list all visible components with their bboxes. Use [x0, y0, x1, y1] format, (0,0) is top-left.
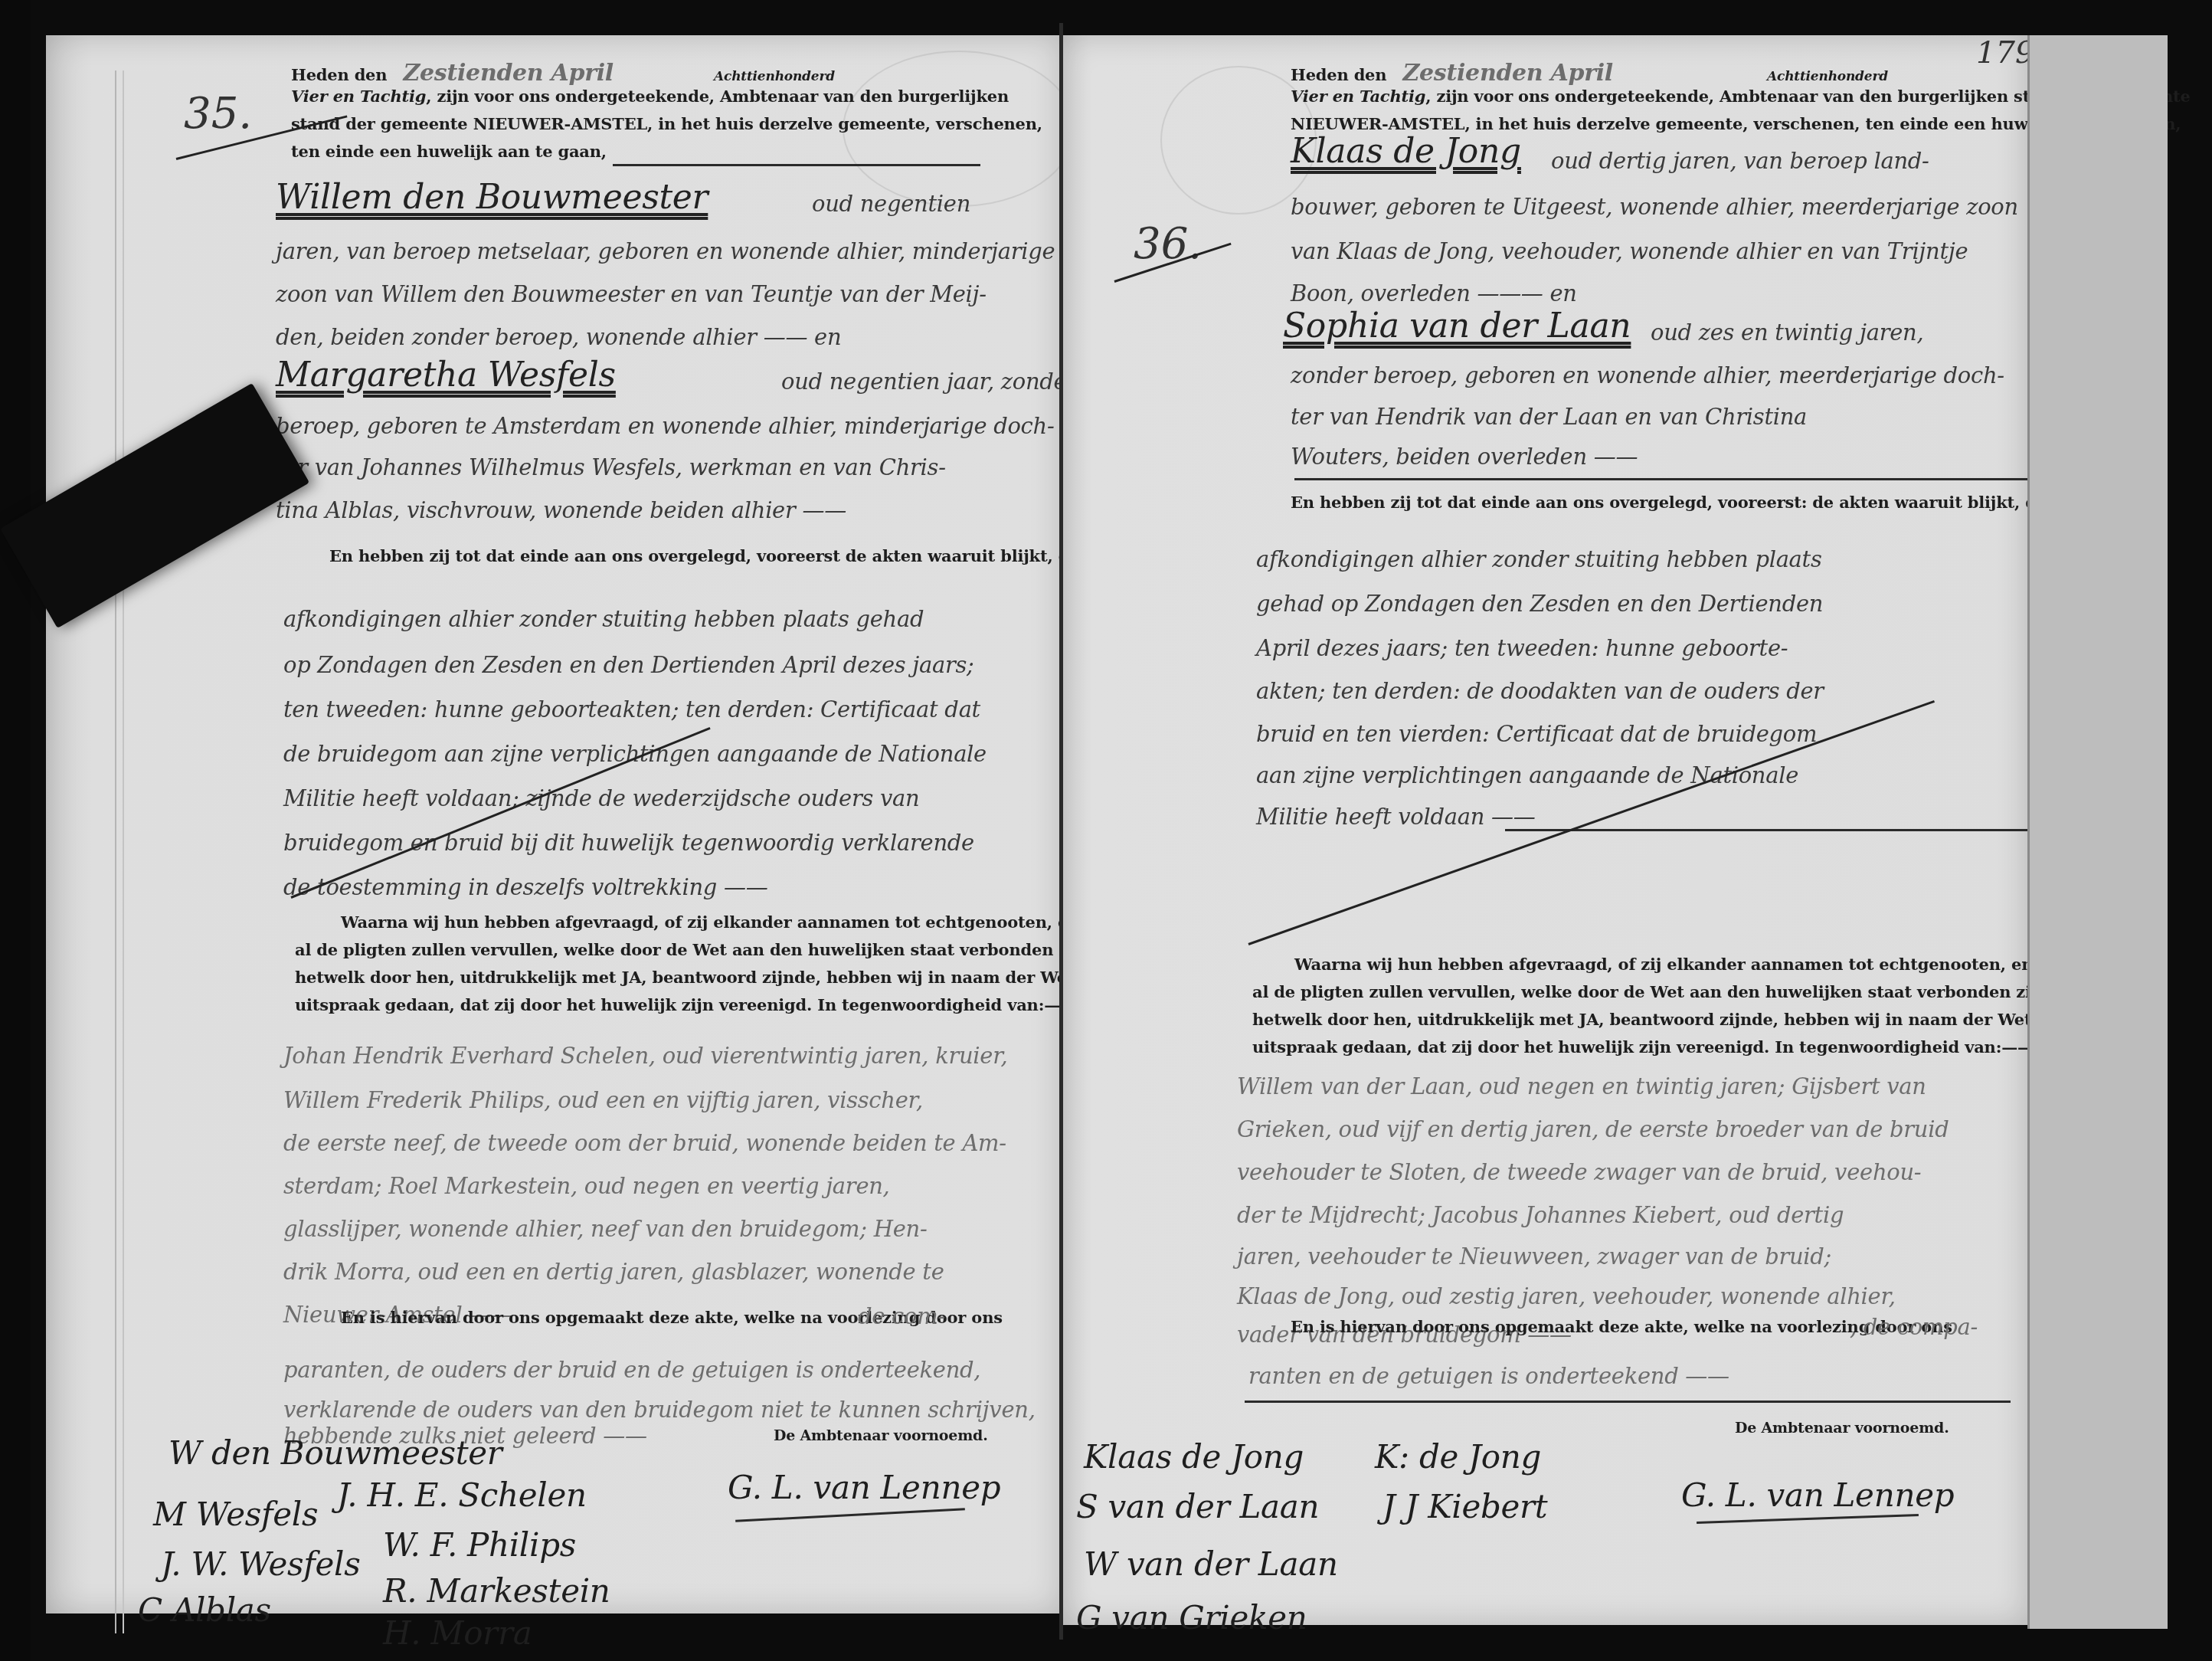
margin-rule [115, 70, 124, 1633]
witness-line: Willem van der Laan, oud negen en twinti… [1237, 1062, 1926, 1111]
groom-line: bouwer, geboren te Uitgeest, wonende alh… [1291, 182, 2018, 231]
closing-hand: ranten en de getuigen is onderteekend —— [1248, 1351, 1729, 1401]
waarna-line: hetwelk door hen, uitdrukkelijk met JA, … [295, 964, 1075, 991]
signature: S van der Laan [1076, 1479, 1319, 1535]
documents-print: En hebben zij tot dat einde aan ons over… [329, 542, 1114, 570]
bride-line: oud negentien jaar, zonder [781, 357, 1077, 406]
right-page: Heden den Zestienden April Achttienhonde… [1061, 35, 2027, 1625]
witness-line: Grieken, oud vijf en dertig jaren, de ee… [1237, 1105, 1949, 1154]
fill-line [613, 164, 980, 166]
officer-signature: G. L. van Lennep [728, 1460, 1000, 1515]
witness-line: de eerste neef, de tweede oom der bruid,… [283, 1119, 1006, 1168]
groom-line: oud negentien [812, 179, 970, 228]
witness-line: glasslijper, wonende alhier, neef van de… [283, 1204, 927, 1253]
documents-hand-line: akten; ten derden: de doodakten van de o… [1256, 667, 1824, 716]
signature: J. H. E. Schelen [337, 1468, 587, 1523]
closing-hand: , de compa- [1850, 1302, 1978, 1351]
documents-hand-line: ten tweeden: hunne geboorteakten; ten de… [283, 685, 980, 734]
header-line-2: Vier en Tachtig, zijn voor ons ondergete… [291, 83, 1009, 110]
bride-line: Wouters, beiden overleden —— [1291, 432, 1638, 481]
bride-name: Margaretha Wesfels [276, 351, 616, 400]
header-line-4: ten einde een huwelijk aan te gaan, [291, 138, 607, 165]
witness-line: Johan Hendrik Everhard Schelen, oud vier… [283, 1031, 1008, 1080]
documents-hand-line: afkondigingen alhier zonder stuiting heb… [1256, 535, 1822, 584]
waarna-line: al de pligten zullen vervullen, welke do… [1252, 978, 2054, 1006]
documents-hand-line: Militie heeft voldaan; zijnde de wederzi… [283, 774, 919, 823]
bride-line: ter van Johannes Wilhelmus Wesfels, werk… [276, 443, 946, 492]
documents-hand-line: gehad op Zondagen den Zesden en den Dert… [1256, 579, 1823, 628]
closing-hand: de com- [858, 1292, 945, 1341]
waarna-line: uitspraak gedaan, dat zij door het huwel… [295, 991, 1076, 1019]
groom-line: zoon van Willem den Bouwmeester en van T… [276, 270, 987, 319]
signature: K: de Jong [1375, 1430, 1541, 1485]
officer-label: De Ambtenaar voornoemd. [774, 1422, 988, 1450]
fill-line [1294, 478, 2076, 480]
documents-hand-line: April dezes jaars; ten tweeden: hunne ge… [1256, 624, 1788, 673]
groom-name: Klaas de Jong [1291, 127, 1521, 176]
left-page: Heden den Zestienden April Achttienhonde… [46, 35, 1061, 1613]
documents-print: En hebben zij tot dat einde aan ons over… [1291, 489, 2080, 516]
bride-name: Sophia van der Laan [1283, 302, 1631, 351]
documents-hand-line: afkondigingen alhier zonder stuiting heb… [283, 595, 924, 644]
documents-hand-line: Militie heeft voldaan —— [1256, 792, 1535, 841]
signature: J J Kiebert [1382, 1479, 1547, 1535]
act-number: 35. [184, 89, 252, 139]
bride-line: tina Alblas, vischvrouw, wonende beiden … [276, 486, 846, 535]
waarna-line: Waarna wij hun hebben afgevraagd, of zij… [1294, 951, 2150, 978]
fill-line [1245, 1401, 2011, 1403]
book-edge-left [0, 0, 31, 1661]
groom-line: jaren, van beroep metselaar, geboren en … [276, 227, 1055, 276]
signature: G van Grieken [1076, 1591, 1307, 1646]
witness-line: veehouder te Sloten, de tweede zwager va… [1237, 1148, 1921, 1197]
signature: C Alblas [138, 1583, 271, 1638]
bride-line: oud zes en twintig jaren, [1651, 308, 1923, 357]
fill-line [1505, 829, 2072, 831]
groom-line: oud dertig jaren, van beroep land- [1551, 136, 1929, 185]
documents-hand-line: de bruidegom aan zijne verplichtingen aa… [283, 729, 987, 778]
waarna-line: al de pligten zullen vervullen, welke do… [295, 936, 1097, 964]
documents-hand-line: op Zondagen den Zesden en den Dertienden… [283, 640, 974, 690]
groom-name: Willem den Bouwmeester [276, 173, 708, 222]
signature: W van der Laan [1084, 1537, 1338, 1592]
waarna-line: uitspraak gedaan, dat zij door het huwel… [1252, 1034, 2034, 1061]
witness-line: Willem Frederik Philips, oud een en vijf… [283, 1076, 923, 1125]
witness-line: drik Morra, oud een en dertig jaren, gla… [283, 1247, 944, 1296]
folio-number: 179 [1976, 35, 2034, 70]
waarna-line: hetwelk door hen, uitdrukkelijk met JA, … [1252, 1006, 2032, 1034]
signature: H. Morra [383, 1606, 532, 1661]
book-gutter [1059, 23, 1063, 1640]
witness-line: sterdam; Roel Markestein, oud negen en v… [283, 1161, 890, 1211]
signature: Klaas de Jong [1084, 1430, 1304, 1485]
act-number: 36. [1134, 219, 1202, 269]
page-flap [2027, 35, 2168, 1629]
signature: M Wesfels [153, 1487, 318, 1542]
officer-label: De Ambtenaar voornoemd. [1735, 1414, 1949, 1442]
header-line-3: stand der gemeente NIEUWER-AMSTEL, in he… [291, 110, 1042, 138]
